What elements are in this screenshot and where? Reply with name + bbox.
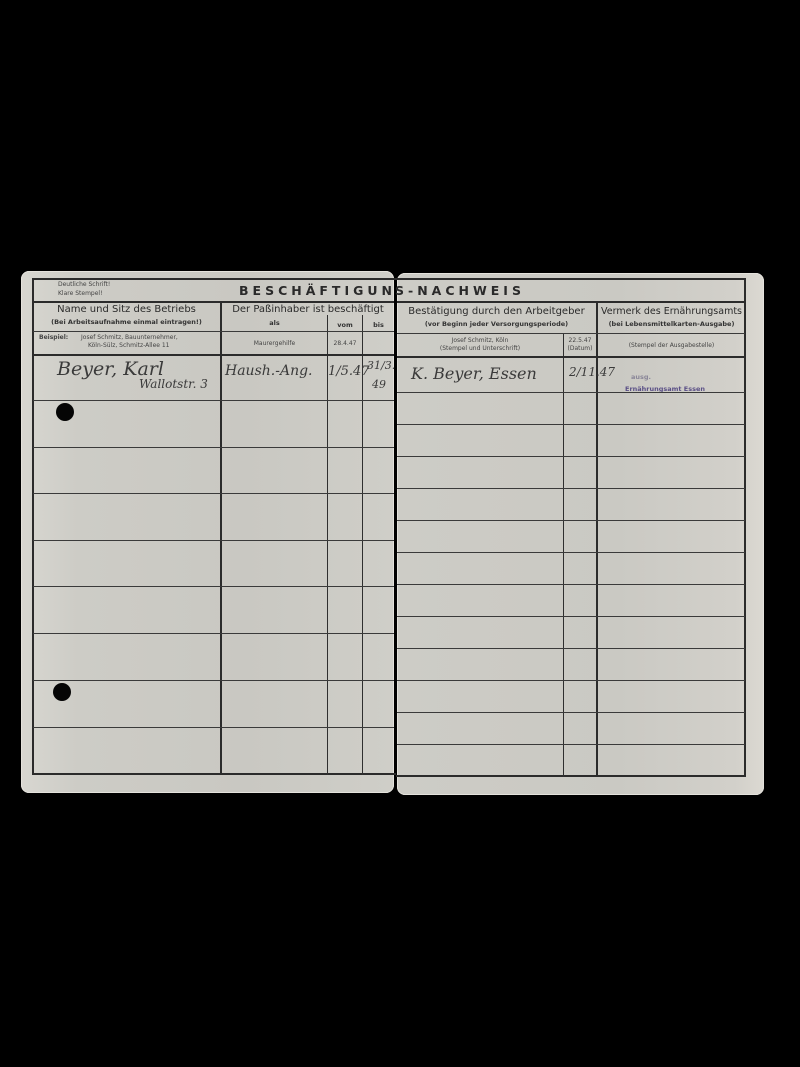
right-table-frame <box>396 278 746 777</box>
row-line <box>397 456 745 457</box>
col-divider-date <box>563 333 564 777</box>
entry-als: Haush.-Ang. <box>225 363 313 379</box>
entry-vom: 1/5.47 <box>328 364 370 379</box>
header-bottom-line <box>33 331 394 332</box>
row-line <box>397 488 745 489</box>
example-confirm-line1: Josef Schmitz, Köln <box>397 337 563 344</box>
punch-hole-top <box>56 403 74 421</box>
entry-bis-line2: 49 <box>372 378 386 391</box>
col-bis-header: bis <box>363 321 394 329</box>
example-note: (Stempel der Ausgabestelle) <box>598 342 745 349</box>
title-divider <box>397 301 745 303</box>
row-line <box>33 400 394 401</box>
example-date-line2: (Datum) <box>564 345 596 352</box>
row-line <box>397 680 745 681</box>
row-line <box>397 424 745 425</box>
row-line <box>33 447 394 448</box>
title-divider <box>33 301 394 303</box>
row-line <box>397 520 745 521</box>
example-als: Maurergehilfe <box>222 340 327 347</box>
col-vom-header: vom <box>328 321 362 329</box>
example-label-text: Beispiel: <box>39 334 68 341</box>
entry-bis-line1: 31/3. <box>367 359 395 372</box>
col-divider-bis <box>362 315 363 775</box>
entry-confirm-date: 2/11.47 <box>569 365 615 379</box>
row-line <box>33 493 394 494</box>
example-confirm-line2: (Stempel und Unterschrift) <box>397 345 563 352</box>
col-note-subheader: (bei Lebensmittelkarten-Ausgabe) <box>598 320 745 328</box>
row-line <box>397 552 745 553</box>
left-table-frame <box>32 278 396 775</box>
example-vom: 28.4.47 <box>328 340 362 347</box>
right-page: S-NACHWEIS Bestätigung durch den Arbeitg… <box>397 273 764 795</box>
row-line <box>397 392 745 393</box>
example-bottom-line <box>33 354 394 356</box>
ration-office-stamp-line1: ausg. <box>631 373 651 381</box>
col-name-subheader: (Bei Arbeitsaufnahme einmal eintragen!) <box>33 318 220 326</box>
instruction-line-2: Klare Stempel! <box>58 290 102 297</box>
example-label: Beispiel: <box>39 334 68 341</box>
row-line <box>33 727 394 728</box>
col-note-header: Vermerk des Ernährungsamts <box>598 306 745 317</box>
header-bottom-line <box>397 333 745 334</box>
example-date-line1: 22.5.47 <box>564 337 596 344</box>
row-line <box>397 616 745 617</box>
punch-hole-bottom <box>53 683 71 701</box>
col-confirm-subheader: (vor Beginn jeder Versorgungsperiode) <box>397 320 596 328</box>
col-confirm-header: Bestätigung durch den Arbeitgeber <box>397 306 596 317</box>
row-line <box>397 712 745 713</box>
col-divider-name <box>220 301 222 775</box>
row-line <box>397 648 745 649</box>
document-title-right: S-NACHWEIS <box>395 283 525 298</box>
row-line <box>397 744 745 745</box>
col-als-header: als <box>222 319 327 327</box>
col-divider-vom <box>327 315 328 775</box>
row-line <box>397 584 745 585</box>
instruction-line-1: Deutliche Schrift! <box>58 281 110 288</box>
left-page: Deutliche Schrift! Klare Stempel! BESCHÄ… <box>21 271 394 793</box>
row-line <box>33 633 394 634</box>
document-title-left: BESCHÄFTIGUNG <box>239 283 410 298</box>
example-name-line1: Josef Schmitz, Bauunternehmer, <box>81 334 178 341</box>
entry-confirm-signature: K. Beyer, Essen <box>411 364 537 383</box>
col-name-header: Name und Sitz des Betriebs <box>33 304 220 315</box>
example-bottom-line <box>397 356 745 358</box>
row-line <box>33 586 394 587</box>
row-line <box>33 680 394 681</box>
row-line <box>33 540 394 541</box>
example-name-line2: Köln-Sülz, Schmitz-Allee 11 <box>88 342 170 349</box>
entry-address: Wallotstr. 3 <box>139 377 208 391</box>
col-employed-header: Der Paßinhaber ist beschäftigt <box>222 304 394 315</box>
